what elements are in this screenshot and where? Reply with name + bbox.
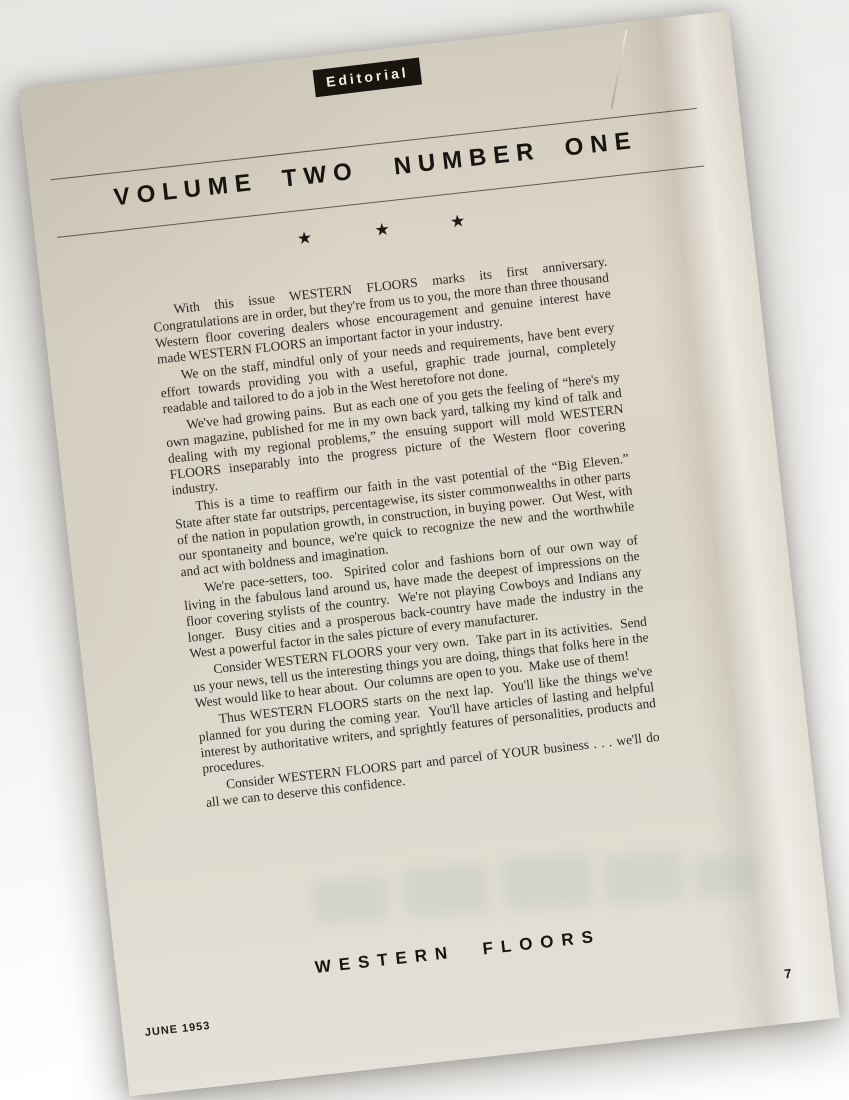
editorial-body: With this issue WESTERN FLOORS marks its…	[151, 254, 662, 813]
show-through-marks	[308, 841, 781, 936]
paper-scratch	[611, 30, 627, 109]
star-icon: ★	[296, 228, 313, 250]
magazine-page: Editorial VOLUME TWO NUMBER ONE ★ ★ ★ Wi…	[19, 11, 840, 1096]
star-icon: ★	[374, 219, 391, 241]
number-label: NUMBER ONE	[392, 127, 639, 182]
star-icon: ★	[449, 211, 466, 233]
photo-background: Editorial VOLUME TWO NUMBER ONE ★ ★ ★ Wi…	[0, 0, 849, 1100]
page-number: 7	[783, 966, 792, 982]
magazine-name: WESTERN FLOORS	[314, 927, 602, 978]
editorial-label: Editorial	[313, 58, 422, 98]
issue-date: JUNE 1953	[144, 1020, 211, 1039]
volume-label: VOLUME TWO	[112, 157, 360, 212]
